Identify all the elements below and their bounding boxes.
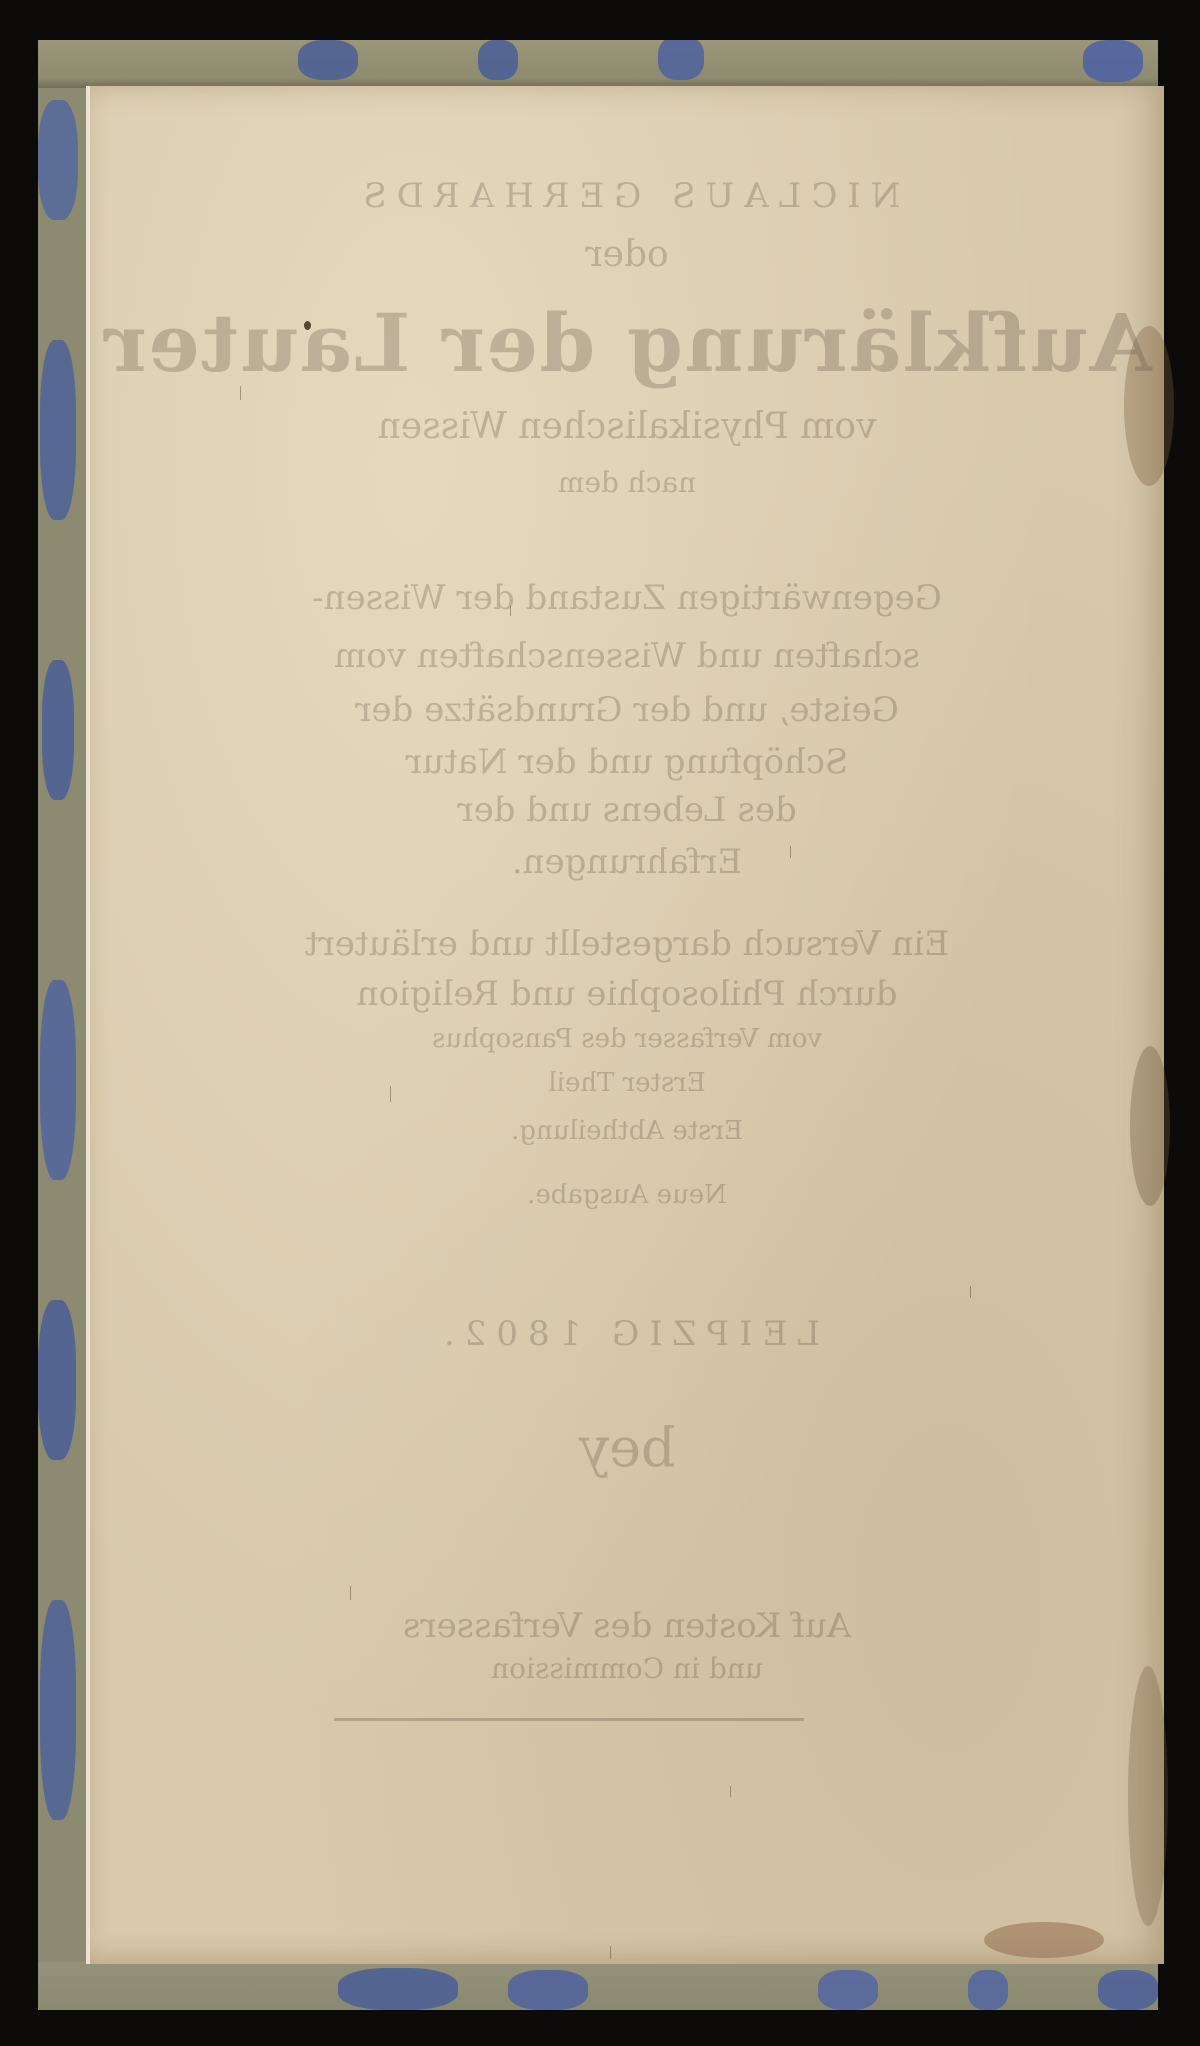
show-through-line: und in Commission: [90, 1652, 1164, 1685]
show-through-text: NICLAUS GERHARDS oder Aufklärung der Lau…: [90, 86, 1164, 1964]
marble-swirl: [42, 660, 74, 800]
marble-swirl: [1098, 1970, 1158, 2010]
show-through-line: Geiste, und der Grundsätze der: [90, 690, 1164, 730]
show-through-line: des Lebens und der: [90, 790, 1164, 830]
marble-swirl: [1083, 40, 1143, 82]
show-through-line: Auf Kosten des Verfassers: [90, 1606, 1164, 1646]
show-through-line: nach dem: [90, 466, 1164, 499]
marble-swirl: [40, 980, 76, 1180]
show-through-line: schaften und Wissenschaften vom: [90, 636, 1164, 676]
cover-top-edge: [38, 40, 1158, 88]
marble-swirl: [338, 1968, 458, 2010]
show-through-line: durch Philosophie und Religion: [90, 974, 1164, 1014]
book-page: NICLAUS GERHARDS oder Aufklärung der Lau…: [86, 86, 1164, 1964]
marble-swirl: [38, 1300, 76, 1460]
marble-swirl: [40, 340, 76, 520]
show-through-line: LEIPZIG 1802.: [90, 1314, 1164, 1354]
show-through-line: Erfahrungen.: [90, 842, 1164, 882]
marble-swirl: [818, 1970, 878, 2010]
show-through-line: Neue Ausgabe.: [90, 1180, 1164, 1210]
show-through-rule: [334, 1718, 804, 1721]
show-through-line: oder: [90, 234, 1164, 275]
marble-swirl: [968, 1970, 1008, 2010]
show-through-line: Aufklärung der Lauter: [90, 296, 1164, 390]
marble-swirl: [478, 40, 518, 80]
show-through-line: Erste Abtheilung.: [90, 1116, 1164, 1146]
show-through-line: bey: [90, 1416, 1164, 1479]
marble-swirl: [298, 40, 358, 80]
show-through-line: vom Verfasser des Pansophus: [90, 1024, 1164, 1054]
show-through-line: Erster Theil: [90, 1068, 1164, 1098]
marble-swirl: [508, 1970, 588, 2010]
marble-swirl: [38, 100, 78, 220]
show-through-line: Schöpfung und der Natur: [90, 742, 1164, 782]
show-through-line: vom Physikalischen Wissen: [90, 406, 1164, 447]
show-through-line: Ein Versuch dargestellt und erläutert: [90, 924, 1164, 964]
marble-swirl: [658, 40, 704, 80]
marble-swirl: [40, 1600, 76, 1820]
show-through-line: Gegenwärtigen Zustand der Wissen-: [90, 578, 1164, 618]
show-through-line: NICLAUS GERHARDS: [90, 176, 1164, 216]
